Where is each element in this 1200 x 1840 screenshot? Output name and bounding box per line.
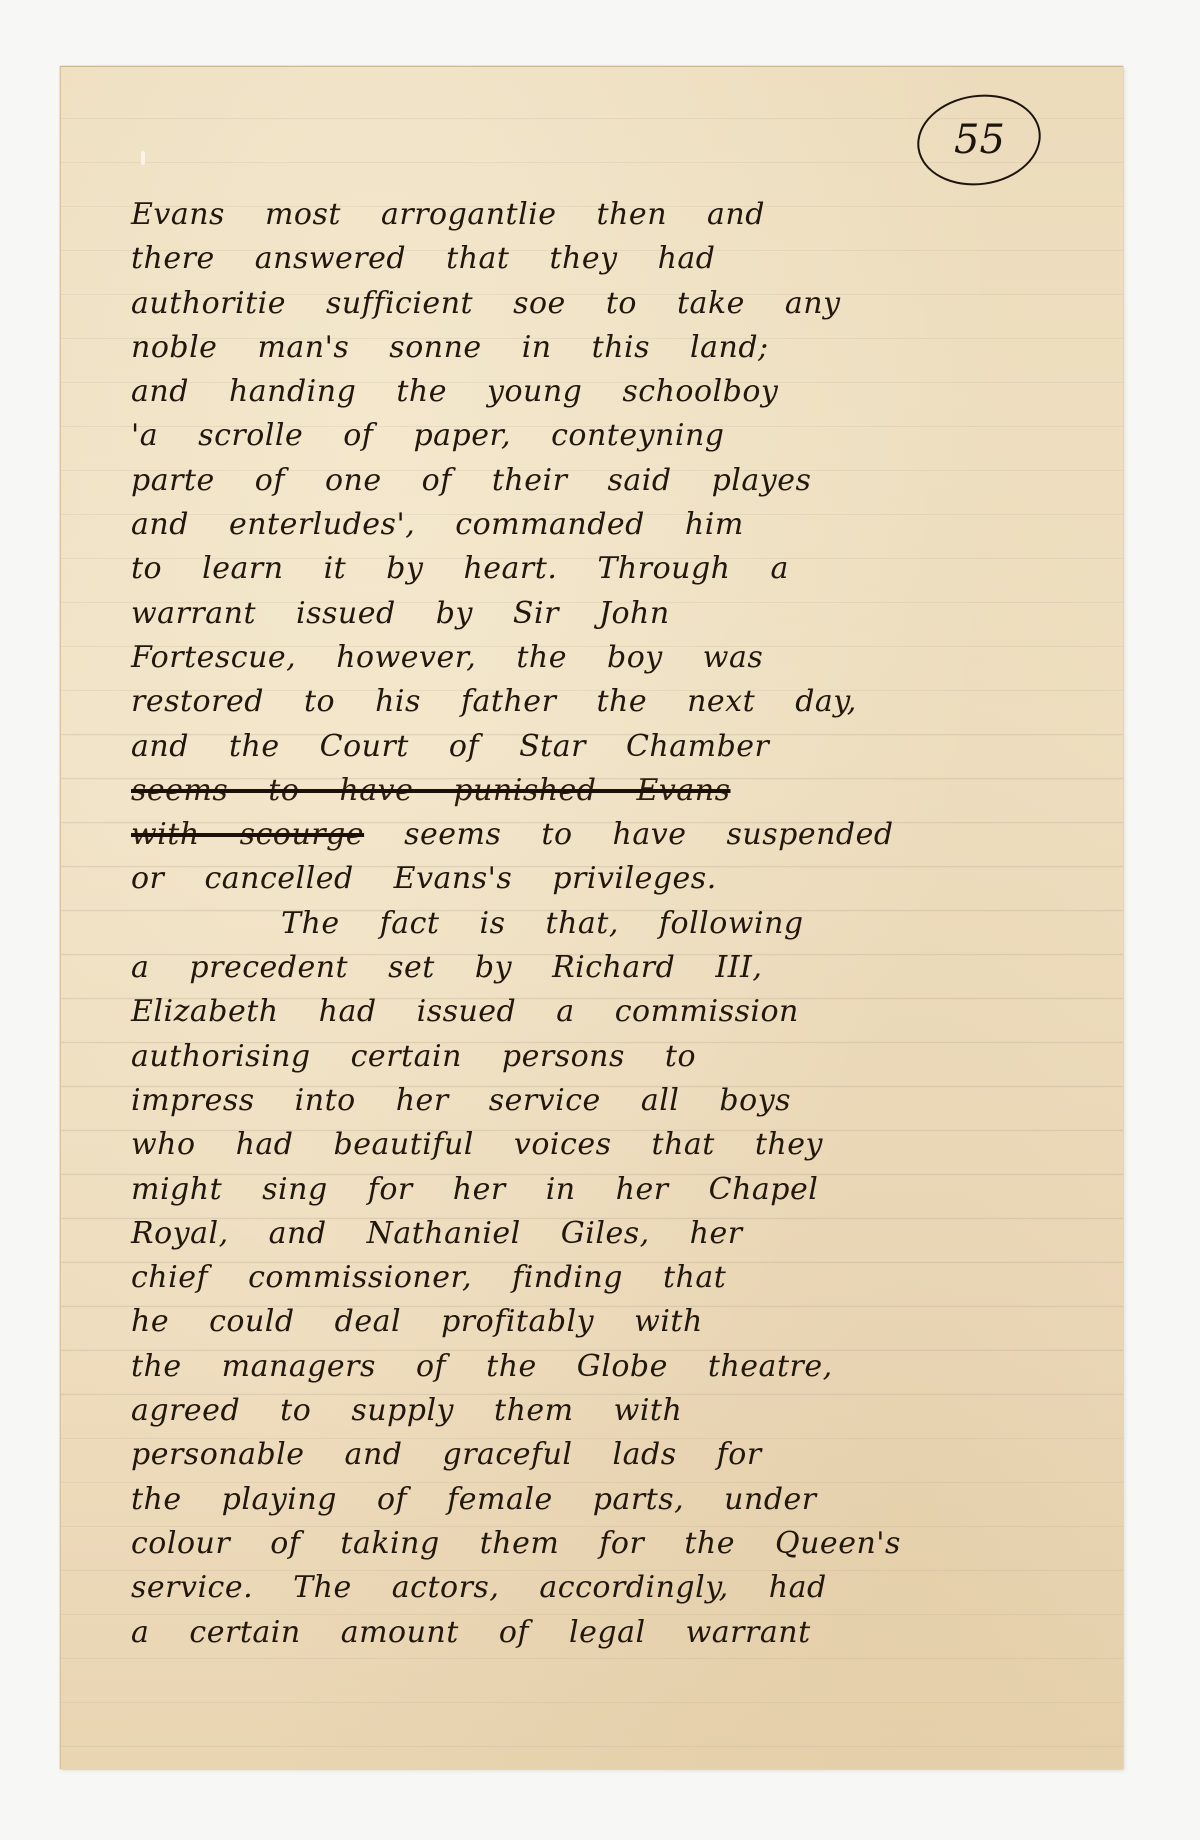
text-line: personable and graceful lads for [131,1433,1111,1477]
text-line: restored to his father the next day, [131,680,1111,724]
text-line: there answered that they had [131,237,1111,281]
text-line: might sing for her in her Chapel [131,1168,1111,1212]
text-line: Royal, and Nathaniel Giles, her [131,1212,1111,1256]
handwritten-text: Evans most arrogantlie then and there an… [131,193,1111,1655]
text-line: service. The actors, accordingly, had [131,1566,1111,1610]
text-line: warrant issued by Sir John [131,592,1111,636]
text-line: 'a scrolle of paper, conteyning [131,414,1111,458]
text-line: who had beautiful voices that they [131,1123,1111,1167]
text-line: to learn it by heart. Through a [131,547,1111,591]
text-line: noble man's sonne in this land; [131,326,1111,370]
text-line: and the Court of Star Chamber [131,725,1111,769]
text-line: parte of one of their said playes [131,459,1111,503]
text-line: authorising certain persons to [131,1035,1111,1079]
text-line: Evans most arrogantlie then and [131,193,1111,237]
paragraph-start-line: The fact is that, following [131,902,1111,946]
text-line: and handing the young schoolboy [131,370,1111,414]
text-line: the managers of the Globe theatre, [131,1345,1111,1389]
text-line: or cancelled Evans's privileges. [131,857,1111,901]
deleted-text: seems to have punished Evans [131,773,730,808]
manuscript-sheet: 55 Evans most arrogantlie then and there… [60,66,1123,1769]
text-line: authoritie sufficient soe to take any [131,282,1111,326]
struck-text-line: with scourge seems to have suspended [131,813,1111,857]
text-line: a certain amount of legal warrant [131,1611,1111,1655]
text-line: Elizabeth had issued a commission [131,990,1111,1034]
circled-page-number: 55 [911,87,1046,193]
struck-text-line: seems to have punished Evans [131,769,1111,813]
text-line: colour of taking them for the Queen's [131,1522,1111,1566]
text-line: and enterludes', commanded him [131,503,1111,547]
text-line: the playing of female parts, under [131,1478,1111,1522]
text-line: Fortescue, however, the boy was [131,636,1111,680]
text-line: impress into her service all boys [131,1079,1111,1123]
text-line: chief commissioner, finding that [131,1256,1111,1300]
text-line: he could deal profitably with [131,1300,1111,1344]
text-line: agreed to supply them with [131,1389,1111,1433]
scan-background: 55 Evans most arrogantlie then and there… [0,0,1200,1840]
page-number: 55 [954,117,1005,163]
deleted-text: with scourge [131,817,364,852]
paper-blemish [141,151,145,165]
text-line: a precedent set by Richard III, [131,946,1111,990]
